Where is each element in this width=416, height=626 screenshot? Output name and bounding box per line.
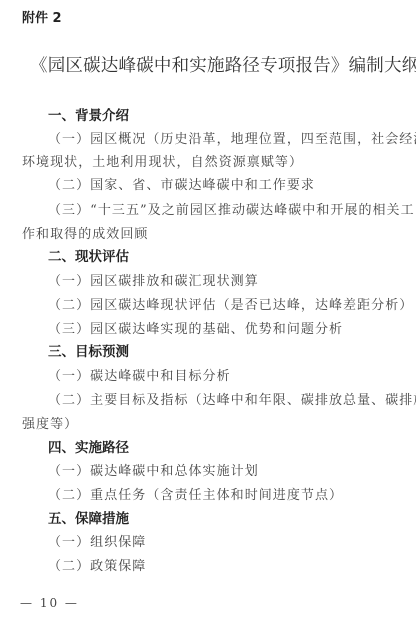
section-5-item-2: （二）政策保障 [48, 560, 146, 573]
section-heading-5: 五、保障措施 [48, 513, 129, 527]
section-1-item-1-line-1: （一）园区概况（历史沿革，地理位置，四至范围，社会经济 [48, 133, 416, 146]
section-1-item-3-line-2: 作和取得的成效回顾 [22, 228, 148, 241]
section-heading-2: 二、现状评估 [48, 251, 129, 265]
section-heading-4: 四、实施路径 [48, 442, 129, 456]
section-5-item-1: （一）组织保障 [48, 536, 146, 549]
page-number: — 10 — [20, 597, 79, 609]
section-3-item-1: （一）碳达峰碳中和目标分析 [48, 370, 231, 383]
section-3-item-2-line-1: （二）主要目标及指标（达峰中和年限、碳排放总量、碳排放 [48, 394, 416, 407]
section-heading-3: 三、目标预测 [48, 346, 129, 360]
section-4-item-2: （二）重点任务（含责任主体和时间进度节点） [48, 489, 343, 502]
section-heading-1: 一、背景介绍 [48, 110, 129, 124]
section-2-item-3: （三）园区碳达峰实现的基础、优势和问题分析 [48, 323, 343, 336]
section-2-item-2: （二）园区碳达峰现状评估（是否已达峰，达峰差距分析） [48, 299, 413, 312]
section-4-item-1: （一）碳达峰碳中和总体实施计划 [48, 465, 259, 478]
section-1-item-2: （二）国家、省、市碳达峰碳中和工作要求 [48, 179, 315, 192]
attachment-label: 附件 2 [22, 12, 62, 25]
section-3-item-2-line-2: 强度等） [22, 418, 78, 431]
section-1-item-1-line-2: 环境现状，土地利用现状，自然资源禀赋等） [22, 156, 303, 169]
section-1-item-3-line-1: （三）“十三五”及之前园区推动碳达峰碳中和开展的相关工 [48, 204, 415, 217]
document-title: 《园区碳达峰碳中和实施路径专项报告》编制大纲 [30, 58, 416, 76]
section-2-item-1: （一）园区碳排放和碳汇现状测算 [48, 275, 259, 288]
